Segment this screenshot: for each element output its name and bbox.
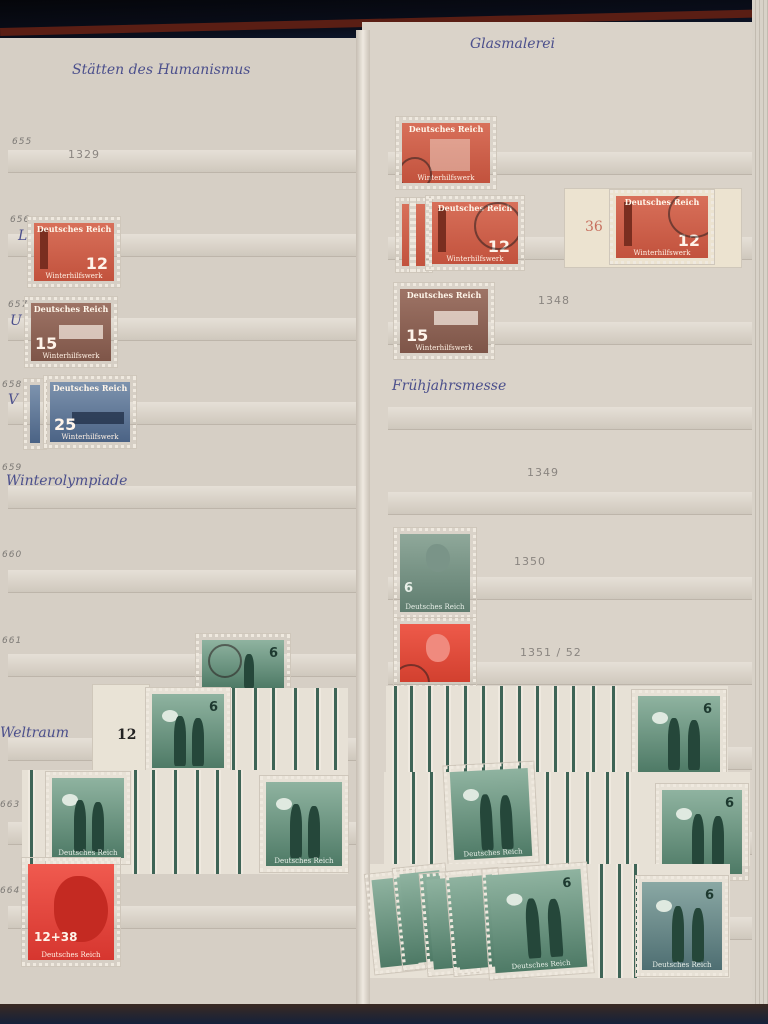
pencil-note: 1349	[527, 466, 559, 479]
stamp-green-6: 6	[146, 688, 230, 774]
catalog-number: 660	[2, 550, 22, 560]
stamp-edge	[270, 688, 277, 774]
stamp-value: 6	[725, 796, 734, 811]
stamp-edge	[544, 772, 551, 866]
soldier-figure	[547, 898, 564, 957]
stamp-edge	[462, 686, 469, 772]
stamp-inscription: Winterhilfswerk	[400, 344, 488, 352]
stamp-country: Deutsches Reich	[400, 290, 488, 300]
stamp-portrait-12: 12+38 Deutsches Reich	[22, 858, 120, 966]
stamp-edge	[444, 686, 451, 772]
stock-strip	[8, 654, 358, 677]
stamp-edge	[552, 686, 559, 772]
stamp-winterhilfswerk-12: Deutsches Reich 12 Winterhilfswerk	[610, 190, 714, 264]
stamp-edge	[408, 686, 415, 772]
stamp-winterhilfswerk-sailship: Deutsches Reich Winterhilfswerk	[396, 117, 496, 189]
stamp-edge	[332, 688, 339, 774]
stamp-green-6: Deutsches Reich	[443, 762, 538, 867]
stamp-edge	[392, 772, 399, 866]
stamp-edge	[426, 686, 433, 772]
pencil-note: 1350	[514, 555, 546, 568]
stamp-green-6: 6 Deutsches Reich	[636, 876, 728, 976]
stamp-edge	[610, 686, 617, 772]
pencil-note: 1329	[68, 148, 100, 161]
stamp-value: 6	[209, 700, 218, 715]
stamp-country: Deutsches Reich	[402, 124, 490, 134]
background-bottom	[0, 1004, 768, 1024]
stamp-value: 6	[404, 581, 413, 596]
soldier-figure	[499, 795, 514, 850]
pencil-note: 1351 / 52	[520, 646, 582, 659]
stamp-country: Deutsches Reich	[266, 857, 342, 865]
margin-number: 12	[117, 727, 136, 743]
book-gutter	[356, 30, 370, 1006]
soldier-figure	[174, 716, 186, 766]
stamp-edge	[616, 864, 623, 978]
stamp-green-6: 6	[196, 634, 290, 694]
stamp-winterhilfswerk-25: Deutsches Reich 25 Winterhilfswerk	[44, 376, 136, 448]
row-label: U	[10, 313, 22, 329]
soldier-figure	[712, 816, 724, 866]
stamp-country: Deutsches Reich	[495, 958, 587, 972]
left-page-heading: Stätten des Humanismus	[72, 62, 250, 78]
soldier-figure	[74, 800, 86, 852]
stamp-edge	[534, 686, 541, 772]
lighthouse-motif	[438, 208, 446, 252]
stamp-edge	[194, 770, 201, 874]
stamp-value: 25	[54, 415, 76, 434]
catalog-number: 661	[2, 636, 22, 646]
stamp-country: Deutsches Reich	[31, 304, 111, 314]
flag-motif	[676, 808, 692, 820]
flag-motif	[506, 893, 523, 906]
soldier-figure	[244, 654, 254, 688]
ship-motif	[72, 412, 124, 424]
stamp-value: 6	[703, 702, 712, 717]
stamp-winterhilfswerk-12: Deutsches Reich 12 Winterhilfswerk	[28, 217, 120, 287]
postmark	[208, 644, 242, 678]
postmark	[402, 157, 432, 183]
soldier-figure	[479, 794, 494, 851]
catalog-number: 663	[0, 800, 20, 810]
stamp-edge	[150, 770, 157, 874]
stamp-edge	[230, 688, 237, 774]
flag-motif	[656, 900, 672, 912]
stock-strip	[388, 407, 754, 430]
row-label: L	[18, 228, 27, 244]
page-edges	[752, 0, 768, 1004]
stamp-se-tenant-red	[394, 618, 476, 688]
stamp-edge	[132, 770, 139, 874]
stamp-edge	[590, 686, 597, 772]
postmark	[474, 202, 518, 250]
stamp-green-6: 6 Deutsches Reich	[482, 863, 593, 980]
sheet-margin-tab: 12	[92, 684, 150, 774]
stamp-green-6: Deutsches Reich	[46, 772, 130, 864]
stamp-winterhilfswerk-25-partial	[24, 379, 46, 449]
stamp-edge	[236, 770, 243, 874]
stock-strip	[388, 492, 754, 515]
stamp-value: 6	[269, 646, 278, 661]
stamp-value: 6	[705, 888, 714, 903]
stamp-edge	[584, 772, 591, 866]
row-label-winterolympiade: Winterolympiade	[6, 473, 127, 489]
margin-number: 36	[585, 219, 603, 235]
stamp-value: 15	[35, 334, 57, 353]
portrait-motif	[426, 544, 450, 572]
stamp-edge	[564, 772, 571, 866]
stamp-edge	[498, 686, 505, 772]
flag-motif	[463, 789, 480, 802]
soldier-figure	[92, 802, 104, 852]
soldier-figure	[668, 718, 680, 770]
stamp-inscription: Winterhilfswerk	[34, 272, 114, 280]
stamp-value: 12	[86, 254, 108, 273]
stamp-country: Deutsches Reich	[52, 849, 124, 857]
stamp-edge	[292, 688, 299, 774]
stamp-edge	[214, 770, 221, 874]
pencil-note: 1348	[538, 294, 570, 307]
stamp-country: Deutsches Reich	[50, 383, 130, 393]
stock-strip	[8, 150, 358, 173]
soldier-figure	[192, 718, 204, 766]
stamp-edge	[252, 688, 259, 774]
stamp-country: Deutsches Reich	[400, 603, 470, 611]
stamp-value: 15	[406, 326, 428, 345]
stamp-value: 12+38	[34, 930, 77, 944]
stamp-inscription: Winterhilfswerk	[31, 352, 111, 360]
stamp-country: Deutsches Reich	[28, 951, 114, 959]
sailship-motif	[430, 139, 470, 171]
stamp-inscription: Winterhilfswerk	[616, 249, 708, 257]
lighthouse-motif	[624, 202, 632, 246]
stamp-inscription: Winterhilfswerk	[50, 433, 130, 441]
right-page-heading: Glasmalerei	[470, 36, 555, 52]
stamp-winterhilfswerk-15: Deutsches Reich 15 Winterhilfswerk	[394, 283, 494, 359]
stamp-se-tenant-green-6: 6 Deutsches Reich	[394, 528, 476, 618]
stamp-edge	[570, 686, 577, 772]
stamp-edge	[314, 688, 321, 774]
ship-motif	[434, 311, 478, 325]
stamp-country: Deutsches Reich	[642, 961, 722, 969]
stamp-edge	[604, 772, 611, 866]
row-label-weltraum: Weltraum	[0, 725, 69, 741]
postmark	[668, 196, 708, 238]
stamp-edge	[172, 770, 179, 874]
stamp-inscription: Winterhilfswerk	[432, 255, 518, 263]
stamp-edge	[428, 772, 435, 866]
row-label: V	[8, 392, 18, 408]
soldier-figure	[692, 814, 704, 866]
stamp-value: 6	[562, 876, 572, 892]
soldier-figure	[688, 720, 700, 770]
catalog-number: 659	[2, 463, 22, 473]
soldier-figure	[308, 806, 320, 858]
stock-strip	[8, 570, 358, 593]
stamp-winterhilfswerk-15: Deutsches Reich 15 Winterhilfswerk	[25, 297, 117, 367]
stock-strip	[8, 486, 358, 509]
soldier-figure	[290, 804, 302, 858]
catalog-number: 658	[2, 380, 22, 390]
stamp-edge	[598, 864, 605, 978]
lighthouse-motif	[40, 229, 48, 269]
stamp-winterhilfswerk-12: Deutsches Reich 12 Winterhilfswerk	[426, 196, 524, 270]
soldier-figure	[672, 906, 684, 962]
stamp-edge	[624, 772, 631, 866]
flag-motif	[652, 712, 668, 724]
stamp-edge	[480, 686, 487, 772]
catalog-number: 655	[12, 137, 32, 147]
stamp-country: Deutsches Reich	[454, 847, 532, 859]
ship-motif	[59, 325, 103, 339]
catalog-number: 664	[0, 886, 20, 896]
postmark	[400, 664, 430, 682]
soldier-figure	[524, 898, 541, 959]
stamp-edge	[410, 772, 417, 866]
right-page-subheading: Frühjahrsmesse	[392, 378, 506, 394]
stamp-green-6: Deutsches Reich	[260, 776, 348, 872]
stamp-edge	[516, 686, 523, 772]
portrait-motif	[426, 634, 450, 662]
stamp-edge	[392, 686, 399, 772]
flag-motif	[276, 798, 292, 810]
stamp-green-6: 6	[632, 690, 726, 778]
soldier-figure	[692, 908, 704, 962]
stamp-country: Deutsches Reich	[34, 224, 114, 234]
